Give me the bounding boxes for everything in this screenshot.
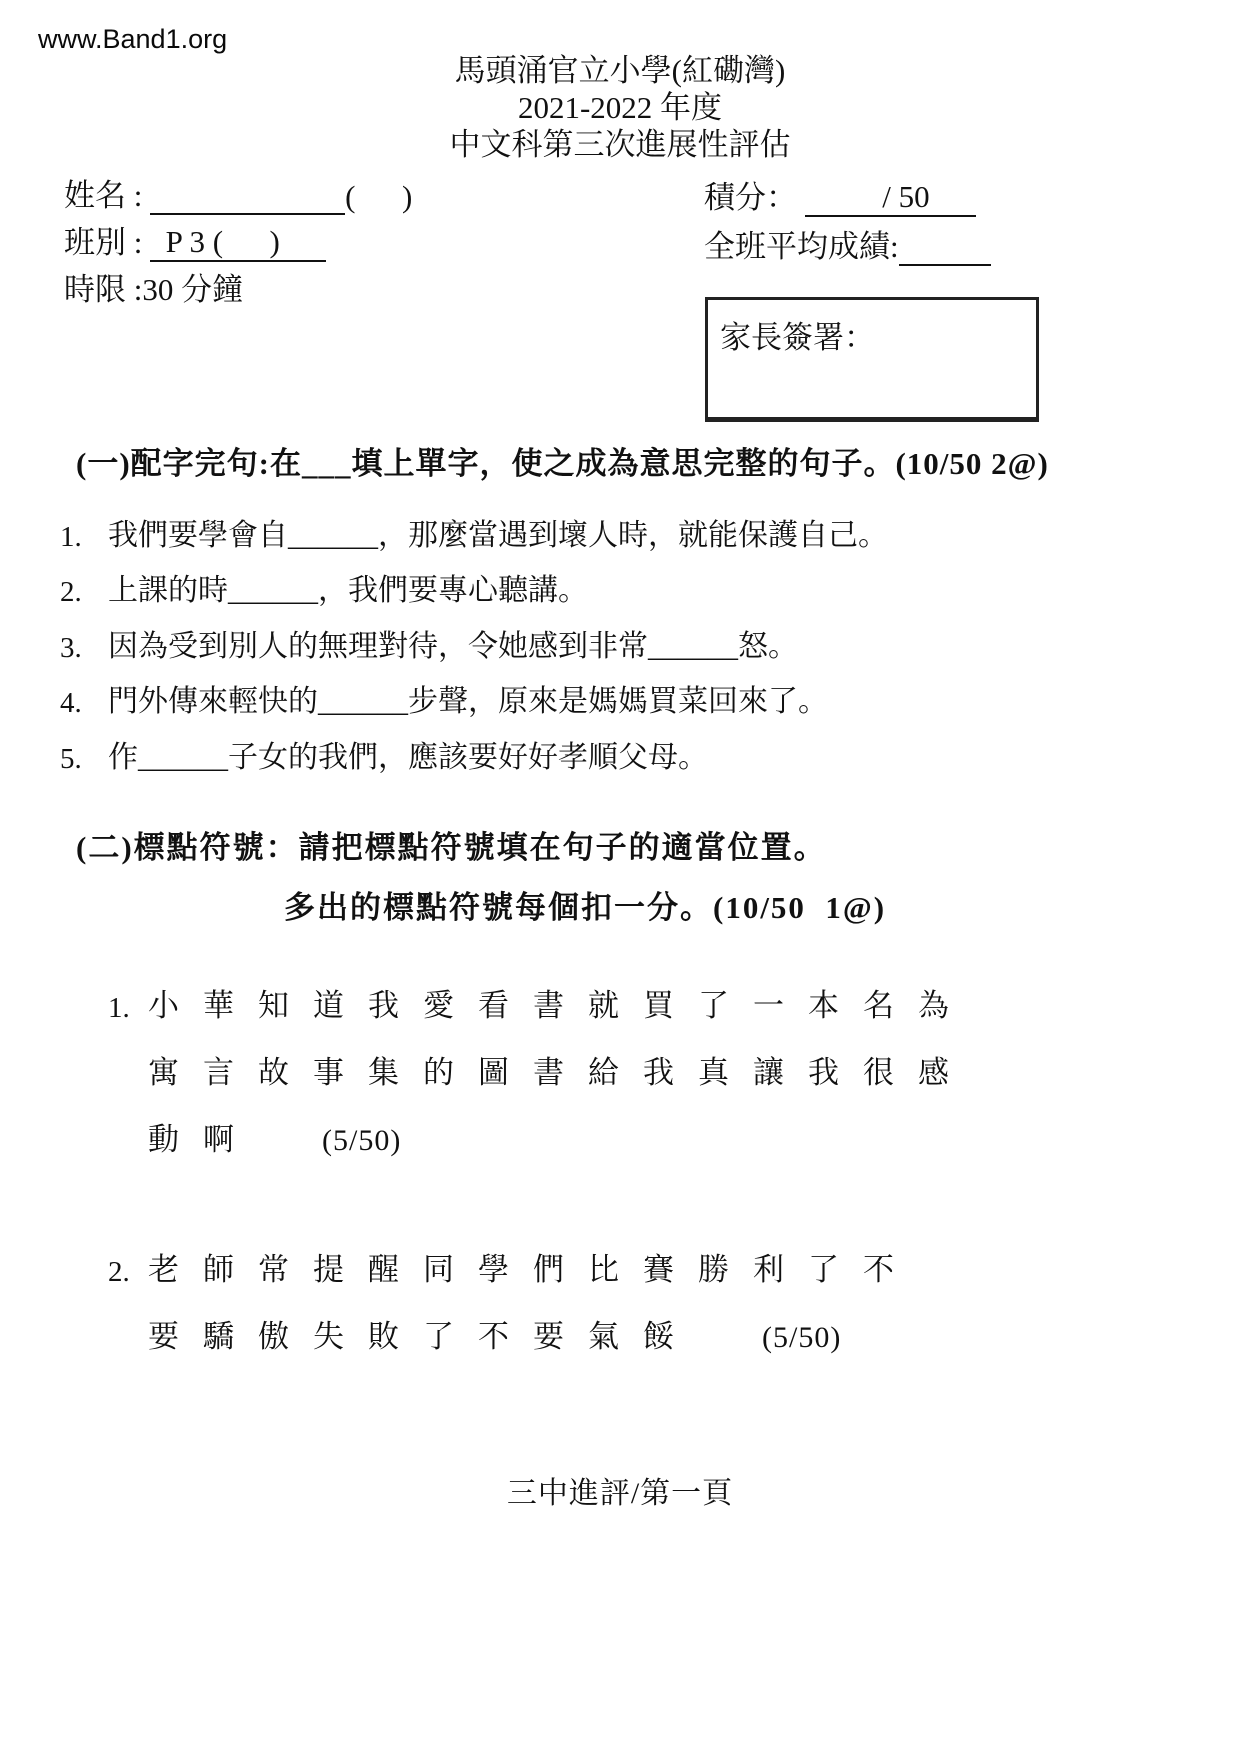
item-text: 門外傳來輕快的______步聲，原來是媽媽買菜回來了。 bbox=[108, 676, 828, 720]
section1-item-5: 5. 作______子女的我們，應該要好好孝順父母。 bbox=[60, 720, 888, 776]
item-line: 要驕傲失敗了不要氣餒 bbox=[148, 1319, 698, 1355]
item-score: (5/50) bbox=[322, 1124, 401, 1158]
score-info-block: 積分： / 50 全班平均成績: bbox=[704, 168, 991, 266]
score-label: 積分： bbox=[704, 172, 805, 217]
section1-item-2: 2. 上課的時______，我們要專心聽講。 bbox=[60, 554, 888, 610]
class-average-row: 全班平均成績: bbox=[704, 217, 991, 266]
exam-paper-page: www.Band1.org 馬頭涌官立小學(紅磡灣) 2021-2022 年度 … bbox=[0, 0, 1240, 1754]
section2-item-1: 1. 小華知道我愛看書就買了一本名為 寓言故事集的圖書給我真讓我很感 動啊 (5… bbox=[108, 988, 973, 1158]
item-number: 3. bbox=[60, 632, 108, 665]
page-footer: 三中進評/第一頁 bbox=[0, 1468, 1240, 1512]
section2-heading-line1: (二)標點符號：請把標點符號填在句子的適當位置。 bbox=[76, 822, 827, 867]
class-value: P 3 ( ) bbox=[150, 224, 326, 262]
student-info-block: 姓名 : ( ) 班別 : P 3 ( ) 時限 :30 分鐘 bbox=[64, 168, 412, 309]
section1-item-4: 4. 門外傳來輕快的______步聲，原來是媽媽買菜回來了。 bbox=[60, 665, 888, 721]
parent-signature-box: 家長簽署： bbox=[705, 297, 1039, 422]
item-line: 小華知道我愛看書就買了一本名為 bbox=[148, 988, 973, 1024]
section2-heading-line2: 多出的標點符號每個扣一分。(10/50 1@) bbox=[284, 882, 886, 927]
item-last-line: 要驕傲失敗了不要氣餒 (5/50) bbox=[148, 1319, 918, 1355]
item-number: 2. bbox=[108, 1252, 148, 1355]
class-label: 班別 : bbox=[64, 217, 150, 262]
item-number: 4. bbox=[60, 687, 108, 720]
item-body: 老師常提醒同學們比賽勝利了不 要驕傲失敗了不要氣餒 (5/50) bbox=[148, 1252, 918, 1355]
parent-signature-label: 家長簽署： bbox=[720, 320, 875, 355]
time-limit-row: 時限 :30 分鐘 bbox=[64, 262, 412, 309]
item-text: 作______子女的我們，應該要好好孝順父母。 bbox=[108, 732, 708, 776]
item-text: 上課的時______，我們要專心聽講。 bbox=[108, 565, 588, 609]
time-limit-label: 時限 :30 分鐘 bbox=[64, 264, 243, 309]
item-line: 動啊 bbox=[148, 1122, 258, 1158]
section1-item-3: 3. 因為受到別人的無理對待，令她感到非常______怒。 bbox=[60, 609, 888, 665]
item-score: (5/50) bbox=[762, 1321, 841, 1355]
item-number: 2. bbox=[60, 576, 108, 609]
item-body: 小華知道我愛看書就買了一本名為 寓言故事集的圖書給我真讓我很感 動啊 (5/50… bbox=[148, 988, 973, 1158]
name-paren: ( ) bbox=[345, 179, 412, 215]
watermark-url: www.Band1.org bbox=[38, 24, 227, 55]
item-line: 寓言故事集的圖書給我真讓我很感 bbox=[148, 1055, 973, 1091]
section1-items: 1. 我們要學會自______，那麼當遇到壞人時，就能保護自己。 2. 上課的時… bbox=[60, 498, 888, 776]
item-number: 5. bbox=[60, 743, 108, 776]
item-number: 1. bbox=[108, 988, 148, 1158]
class-average-label: 全班平均成績: bbox=[704, 221, 899, 266]
item-line: 老師常提醒同學們比賽勝利了不 bbox=[148, 1252, 918, 1288]
score-row: 積分： / 50 bbox=[704, 168, 991, 217]
school-year: 2021-2022 年度 bbox=[0, 89, 1240, 126]
name-blank-line bbox=[150, 179, 345, 215]
item-text: 我們要學會自______，那麼當遇到壞人時，就能保護自己。 bbox=[108, 510, 888, 554]
item-number: 1. bbox=[60, 521, 108, 554]
name-row: 姓名 : ( ) bbox=[64, 168, 412, 215]
class-row: 班別 : P 3 ( ) bbox=[64, 215, 412, 262]
section2-item-2: 2. 老師常提醒同學們比賽勝利了不 要驕傲失敗了不要氣餒 (5/50) bbox=[108, 1252, 918, 1355]
item-text: 因為受到別人的無理對待，令她感到非常______怒。 bbox=[108, 621, 798, 665]
section1-item-1: 1. 我們要學會自______，那麼當遇到壞人時，就能保護自己。 bbox=[60, 498, 888, 554]
section1-heading: (一)配字完句:在___填上單字，使之成為意思完整的句子。(10/50 2@) bbox=[76, 438, 1049, 483]
class-average-blank-line bbox=[899, 230, 991, 266]
item-last-line: 動啊 (5/50) bbox=[148, 1122, 973, 1158]
score-blank-line: / 50 bbox=[805, 179, 976, 217]
school-name: 馬頭涌官立小學(紅磡灣) bbox=[0, 52, 1240, 89]
paper-header: 馬頭涌官立小學(紅磡灣) 2021-2022 年度 中文科第三次進展性評估 bbox=[0, 52, 1240, 163]
name-label: 姓名 : bbox=[64, 170, 150, 215]
exam-title: 中文科第三次進展性評估 bbox=[0, 126, 1240, 163]
